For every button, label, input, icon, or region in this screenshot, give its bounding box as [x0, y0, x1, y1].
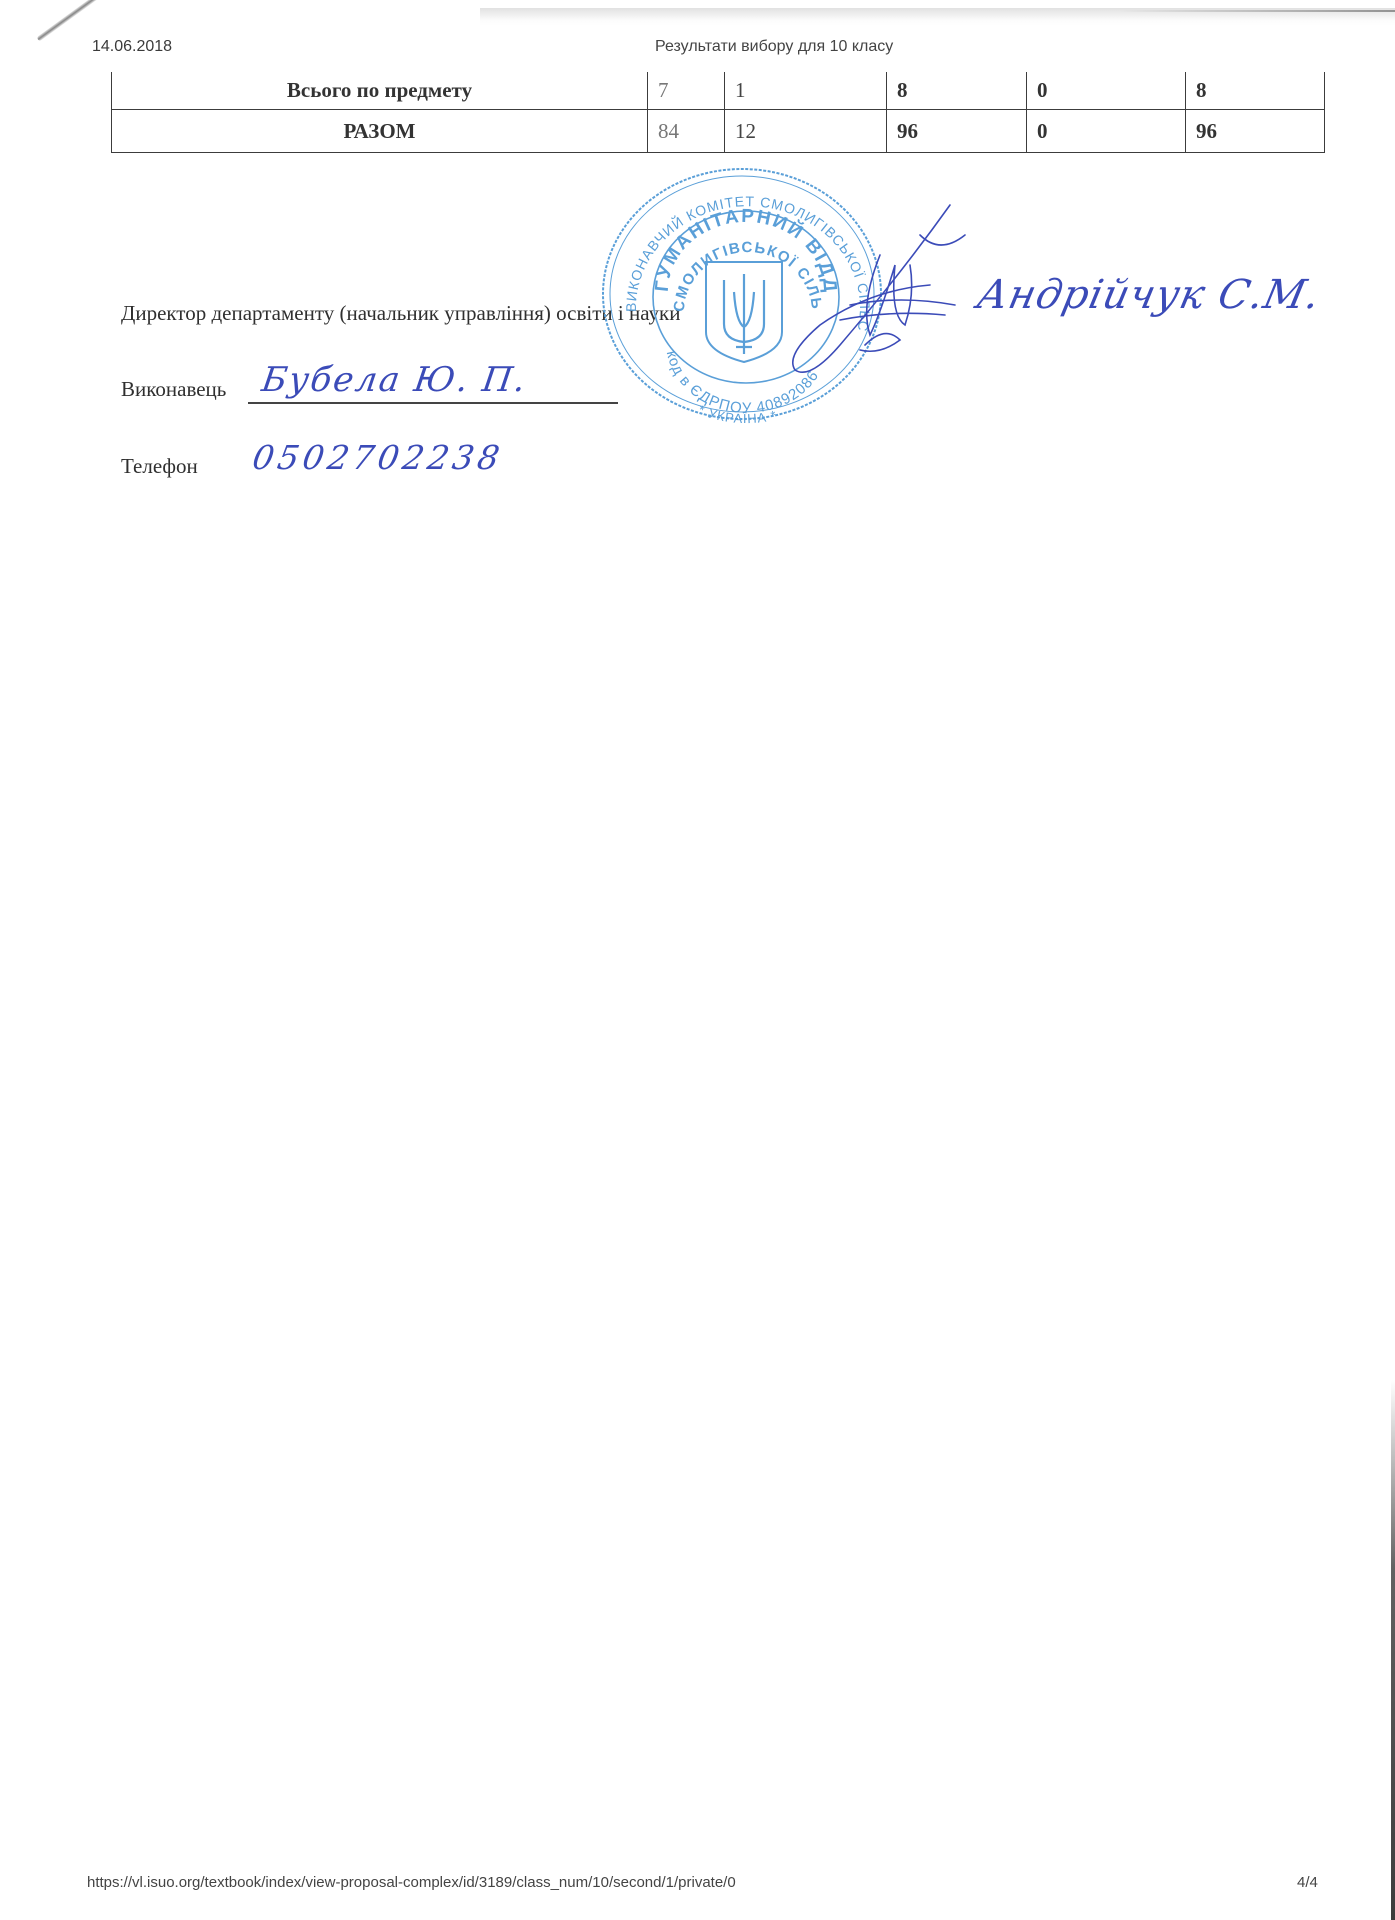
- table-row-grand-total: РАЗОМ 84 12 96 0 96: [112, 110, 1325, 153]
- table-cell: 0: [1027, 72, 1186, 110]
- page-number: 4/4: [1297, 1874, 1318, 1891]
- row-label: Всього по предмету: [112, 72, 648, 110]
- print-date: 14.06.2018: [92, 38, 172, 56]
- handwritten-phone: 0502702238: [250, 438, 507, 477]
- executor-label: Виконавець: [121, 377, 226, 402]
- table-cell: 7: [648, 72, 725, 110]
- phone-label: Телефон: [121, 454, 198, 479]
- director-handwritten-name: Андрійчук С.М.: [973, 272, 1325, 318]
- scan-edge-right: [1391, 1380, 1395, 1920]
- scan-edge-line: [1120, 10, 1395, 12]
- table-cell: 1: [725, 72, 887, 110]
- footer-url: https://vl.isuo.org/textbook/index/view-…: [87, 1874, 736, 1891]
- executor-handwritten-name: Бубела Ю. П.: [259, 360, 530, 400]
- table-cell: 0: [1027, 110, 1186, 153]
- page-fold-mark: [37, 0, 135, 42]
- table-cell: 12: [725, 110, 887, 153]
- director-signature-scribble: [780, 195, 970, 395]
- row-label: РАЗОМ: [112, 110, 648, 153]
- table-cell: 96: [887, 110, 1027, 153]
- trident-icon: [706, 262, 782, 362]
- table-cell: 8: [887, 72, 1027, 110]
- executor-underline: [248, 402, 618, 404]
- table-row-subject-total: Всього по предмету 7 1 8 0 8: [112, 72, 1325, 110]
- results-table: Всього по предмету 7 1 8 0 8 РАЗОМ 84 12…: [111, 72, 1325, 153]
- page-title: Результати вибору для 10 класу: [655, 38, 893, 56]
- table-cell: 96: [1186, 110, 1325, 153]
- table-cell: 84: [648, 110, 725, 153]
- table-cell: 8: [1186, 72, 1325, 110]
